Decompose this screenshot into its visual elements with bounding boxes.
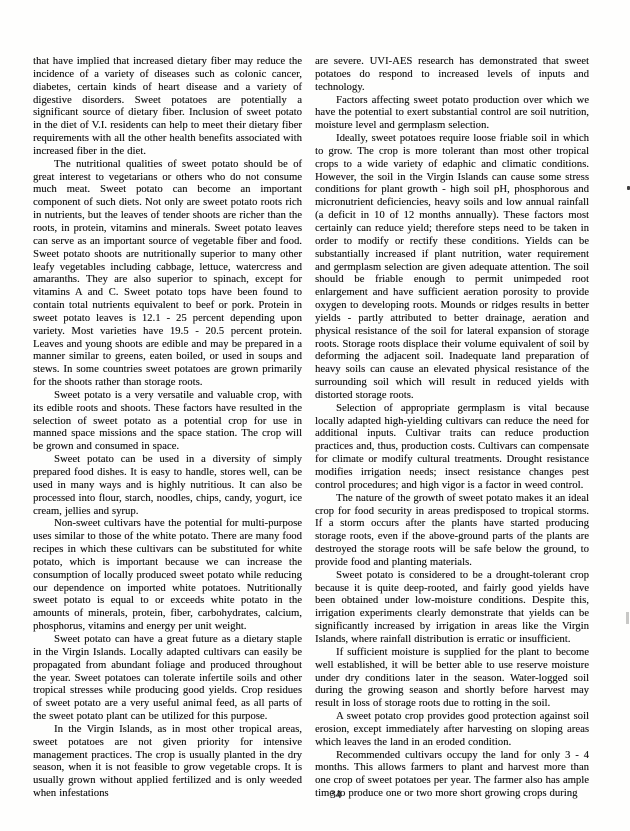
paragraph: Factors affecting sweet potato productio… xyxy=(315,95,589,134)
text-columns: that have implied that increased dietary… xyxy=(33,56,589,801)
paragraph: that have implied that increased dietary… xyxy=(33,56,302,159)
paragraph: A sweet potato crop provides good protec… xyxy=(315,711,589,750)
scan-speck xyxy=(626,612,629,624)
right-column: are severe. UVI-AES research has demonst… xyxy=(315,56,589,801)
paragraph: If sufficient moisture is supplied for t… xyxy=(315,647,589,711)
paragraph: Ideally, sweet potatoes require loose fr… xyxy=(315,133,589,403)
paragraph: Selection of appropriate germplasm is vi… xyxy=(315,403,589,493)
paragraph: Sweet potato is a very versatile and val… xyxy=(33,390,302,454)
paragraph: The nature of the growth of sweet potato… xyxy=(315,493,589,570)
paragraph: Sweet potato is considered to be a droug… xyxy=(315,570,589,647)
left-column: that have implied that increased dietary… xyxy=(33,56,302,801)
paragraph: Sweet potato can be used in a diversity … xyxy=(33,454,302,518)
document-page: that have implied that increased dietary… xyxy=(0,0,630,831)
paragraph: Sweet potato can have a great future as … xyxy=(33,634,302,724)
paragraph: In the Virgin Islands, as in most other … xyxy=(33,724,302,801)
page-number: 34 xyxy=(330,789,342,801)
paragraph: Recommended cultivars occupy the land fo… xyxy=(315,750,589,801)
paragraph: Non-sweet cultivars have the potential f… xyxy=(33,518,302,634)
paragraph: The nutritional qualities of sweet potat… xyxy=(33,159,302,390)
paragraph: are severe. UVI-AES research has demonst… xyxy=(315,56,589,95)
